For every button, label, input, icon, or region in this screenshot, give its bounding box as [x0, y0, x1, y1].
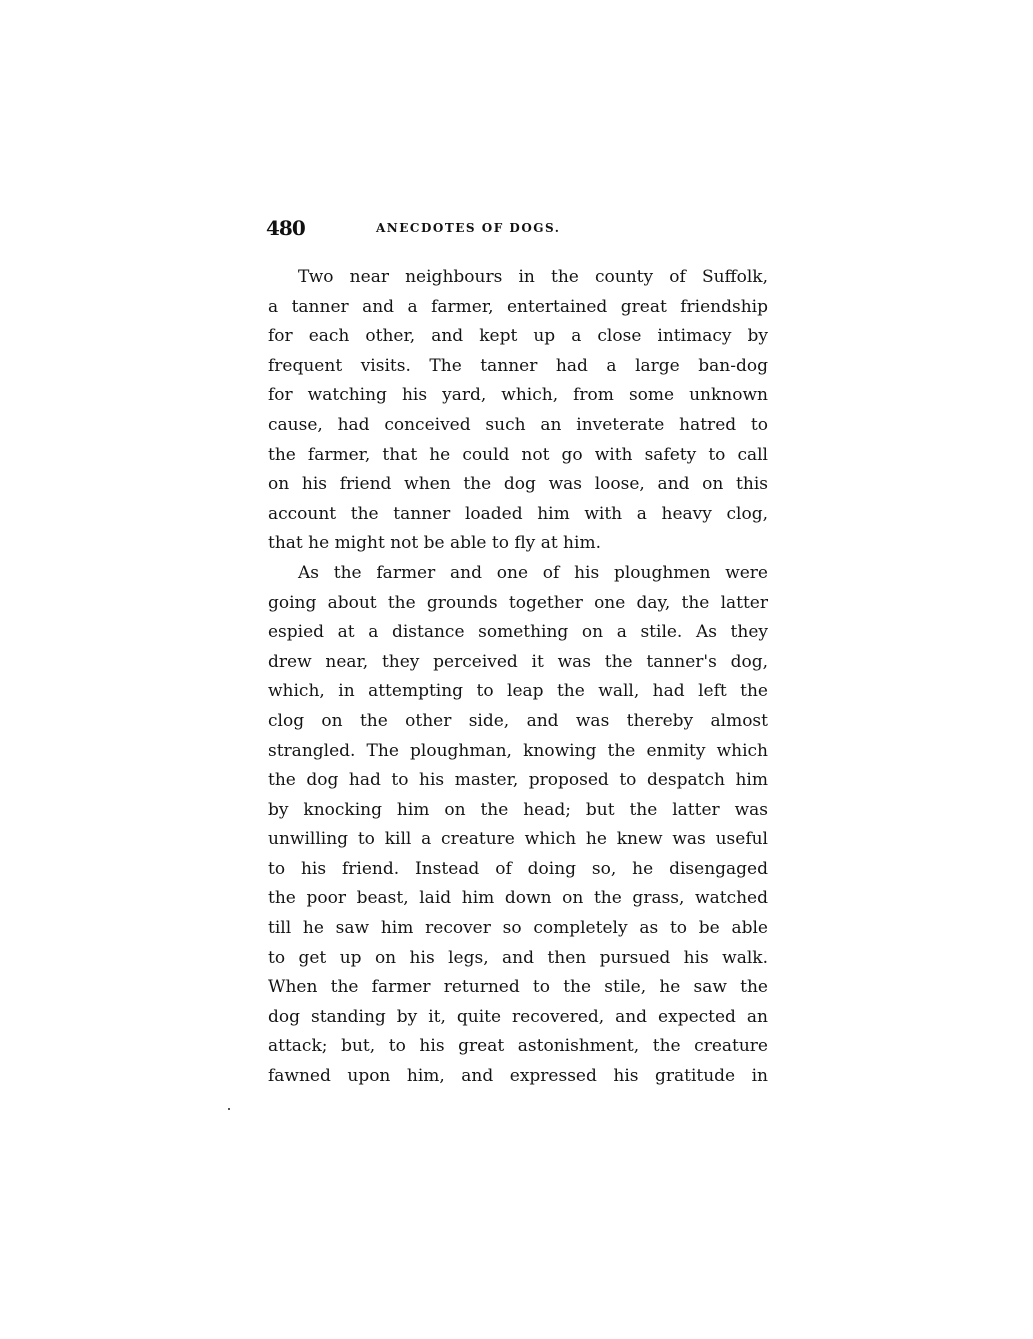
text-line: to get up on his legs, and then pursued … — [268, 944, 768, 974]
page-number: 480 — [266, 216, 305, 240]
text-line: for watching his yard, which, from some … — [268, 381, 768, 411]
text-line: attack; but, to his great astonishment, … — [268, 1032, 768, 1062]
text-line: cause, had conceived such an inveterate … — [268, 411, 768, 441]
text-line: on his friend when the dog was loose, an… — [268, 470, 768, 500]
text-line: clog on the other side, and was thereby … — [268, 707, 768, 737]
body-text: Two near neighbours in the county of Suf… — [268, 263, 768, 1092]
text-line: that he might not be able to fly at him. — [268, 529, 768, 559]
text-line: the farmer, that he could not go with sa… — [268, 441, 768, 471]
text-line: account the tanner loaded him with a hea… — [268, 500, 768, 530]
text-line: the poor beast, laid him down on the gra… — [268, 884, 768, 914]
text-line: strangled. The ploughman, knowing the en… — [268, 737, 768, 767]
text-line: dog standing by it, quite recovered, and… — [268, 1003, 768, 1033]
text-line: unwilling to kill a creature which he kn… — [268, 825, 768, 855]
page-header: 480 ANECDOTES OF DOGS. — [266, 216, 772, 242]
text-line: by knocking him on the head; but the lat… — [268, 796, 768, 826]
text-line: Two near neighbours in the county of Suf… — [268, 263, 768, 293]
paragraph-1: Two near neighbours in the county of Suf… — [268, 263, 768, 559]
running-title: ANECDOTES OF DOGS. — [376, 221, 560, 235]
text-line: going about the grounds together one day… — [268, 589, 768, 619]
paragraph-2: As the farmer and one of his ploughmen w… — [268, 559, 768, 1092]
text-line: As the farmer and one of his ploughmen w… — [268, 559, 768, 589]
text-line: drew near, they perceived it was the tan… — [268, 648, 768, 678]
text-line: till he saw him recover so completely as… — [268, 914, 768, 944]
text-line: to his friend. Instead of doing so, he d… — [268, 855, 768, 885]
text-line: a tanner and a farmer, entertained great… — [268, 293, 768, 323]
text-line: fawned upon him, and expressed his grati… — [268, 1062, 768, 1092]
book-page: 480 ANECDOTES OF DOGS. Two near neighbou… — [0, 0, 1033, 1339]
text-line: for each other, and kept up a close inti… — [268, 322, 768, 352]
text-line: which, in attempting to leap the wall, h… — [268, 677, 768, 707]
text-line: frequent visits. The tanner had a large … — [268, 352, 768, 382]
text-line: espied at a distance something on a stil… — [268, 618, 768, 648]
scan-speck — [228, 1108, 230, 1110]
text-line: When the farmer returned to the stile, h… — [268, 973, 768, 1003]
text-line: the dog had to his master, proposed to d… — [268, 766, 768, 796]
